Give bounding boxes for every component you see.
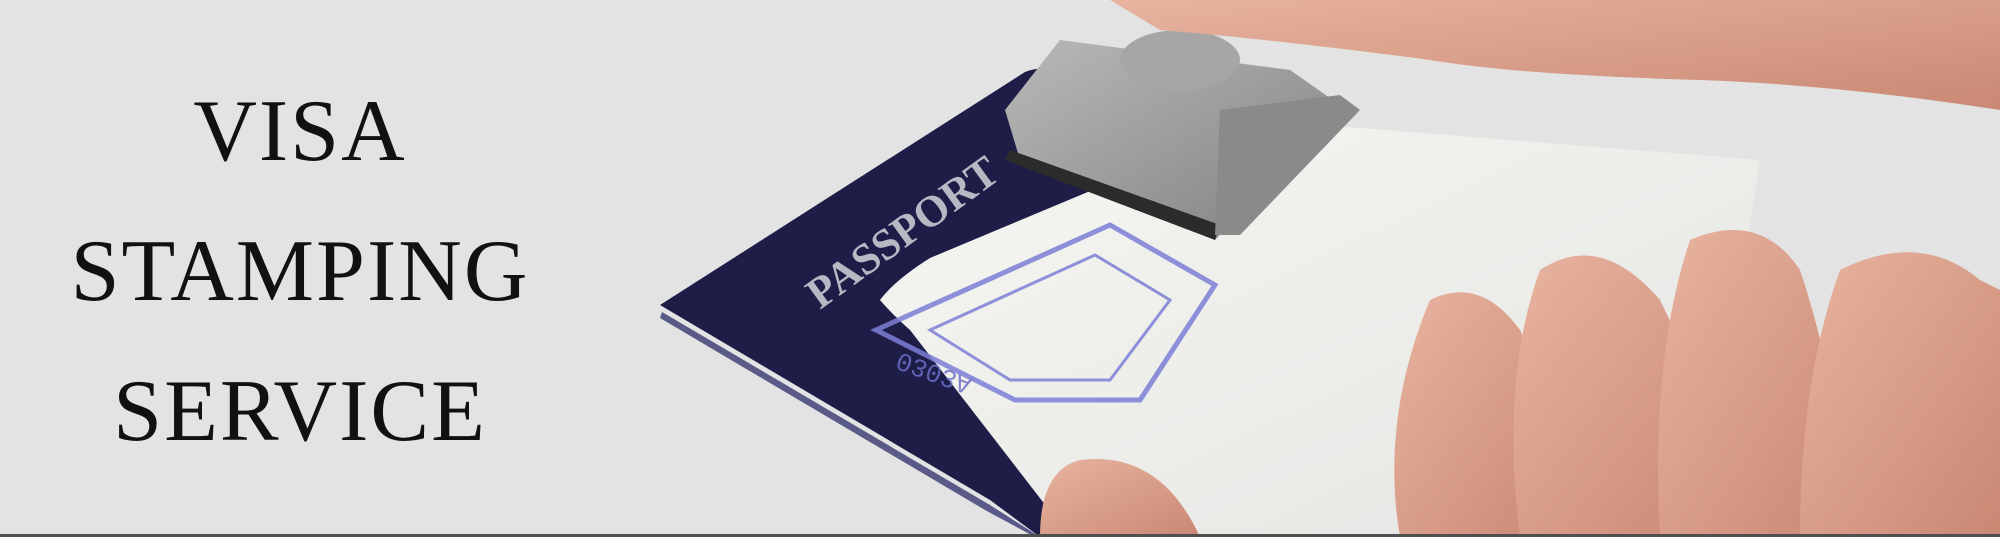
headline-line-service: SERVICE	[0, 342, 600, 482]
banner-headline: VISA STAMPING SERVICE	[0, 62, 600, 482]
passport-stamping-photo: PASSPORT 0303A	[640, 0, 2000, 537]
headline-line-stamping: STAMPING	[0, 202, 600, 342]
visa-stamping-banner: VISA STAMPING SERVICE	[0, 0, 2000, 537]
headline-line-visa: VISA	[0, 62, 600, 202]
passport-stamp-illustration: PASSPORT 0303A	[640, 0, 2000, 537]
